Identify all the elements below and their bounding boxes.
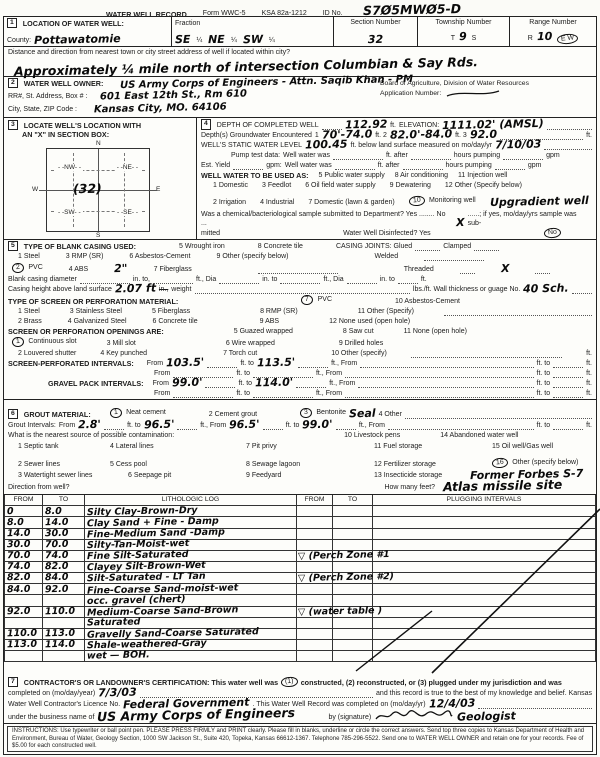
chem-sample-question-2: ......; if yes, mo/day/yrs sample was su… [468, 210, 592, 228]
section-3-title-1: LOCATE WELL'S LOCATION WITH [24, 121, 141, 130]
signature-scrawl [374, 710, 454, 722]
dots [345, 371, 534, 378]
groundwater-label: Depth(s) Groundwater Encountered [201, 131, 312, 140]
screen-interval-to: 113.5' [257, 357, 295, 369]
ft-to: ft. to [236, 389, 250, 398]
dots [263, 423, 283, 430]
use-other-value: Upgradient well [490, 195, 589, 208]
signature-label: by (signature) [328, 713, 371, 722]
lithologic-log-section: FROM TO LITHOLOGIC LOG FROM TO PLUGGING … [4, 495, 596, 675]
dots [553, 381, 583, 388]
contam-option-9: 9 Feedyard [246, 471, 374, 480]
dots [460, 267, 475, 274]
cell-log: Silty-Tan-Moist-wet [85, 539, 297, 550]
casing-height-value: 2.07 ft [115, 282, 156, 294]
dots [207, 361, 237, 368]
depth-completed-label: DEPTH OF COMPLETED WELL [217, 121, 319, 130]
ft-to: ft. to [127, 421, 141, 430]
groundwater-3: 92.0 [470, 129, 497, 141]
threaded-label: Threaded [404, 265, 434, 274]
section-mark: (32) [73, 183, 102, 196]
ft-from: ft., From [331, 359, 357, 368]
board-label: Board of Agriculture, Division of Water … [380, 79, 592, 88]
ft-from: ft., From [316, 369, 342, 378]
cell-to: 30.0 [43, 528, 85, 539]
contam-option-14: 14 Abandoned water well [440, 431, 518, 440]
application-number-label: Application Number: [380, 88, 592, 98]
from-label: From [59, 421, 75, 430]
contam-option-11: 11 Fuel storage [374, 442, 492, 451]
dots [296, 381, 326, 388]
ft-to: ft. to [537, 359, 551, 368]
ft-after: ft. after [378, 161, 400, 170]
ft-to: ft. to [537, 421, 551, 430]
ft-label: ft. [586, 131, 592, 140]
casing-option-2-pvc: 2 PVC [12, 256, 43, 274]
section-3-locate: 3 LOCATE WELL'S LOCATION WITH AN "X" IN … [4, 118, 197, 239]
dots [544, 143, 592, 150]
cell-from: 82.0 [5, 573, 43, 584]
screen-7-circled: 7 [301, 294, 314, 305]
section-6-grout: 6 GROUT MATERIAL: 1 Neat cement 2 Cement… [4, 400, 596, 494]
grout-intervals-label: Grout Intervals: [8, 421, 56, 430]
dots [233, 163, 263, 170]
ft-from: ft., From [316, 389, 342, 398]
cell-plug-from [297, 651, 333, 662]
cell-log: Fine-Coarse Sand-moist-wet [85, 584, 297, 595]
cell-plug-to [333, 651, 373, 662]
from-label: From [154, 389, 170, 398]
use-option-4: 4 Industrial [260, 198, 294, 207]
ft-to: ft. to [236, 369, 250, 378]
hours-pumping: hours pumping [446, 161, 492, 170]
static-level-value: 100.45 [305, 139, 348, 151]
chem-sample-x: X [456, 217, 465, 228]
casing-option-9: 9 Other (specify below) [217, 252, 289, 261]
use-option-5: 5 Public water supply [319, 171, 385, 180]
section-1-number: 1 [7, 18, 17, 28]
quadrant-ne: - -NE- - [115, 164, 140, 171]
cell-plug-from [297, 584, 333, 595]
section-number-label: Section Number [337, 18, 414, 27]
form-body: 1 LOCATION OF WATER WELL: County: Pottaw… [3, 16, 597, 755]
section-1-title: LOCATION OF WATER WELL: [23, 19, 124, 28]
screen-option-6: 6 Concrete tile [153, 317, 198, 326]
gw3-num: ft. 3 [455, 131, 467, 140]
township-value: 9 [459, 31, 467, 42]
table-row: 70.0 74.0 Fine Silt-Saturated ▽ (Perch Z… [5, 550, 596, 561]
cell-plug-from [297, 640, 333, 651]
use-option-2: 2 Irrigation [213, 198, 246, 207]
cell-plug-interval [373, 539, 596, 550]
fraction-cell: Fraction SE¼ NE¼ SW¼ [172, 17, 334, 46]
casing-height-label: Casing height above land surface [8, 285, 112, 294]
grout-1-circled: 1 [109, 408, 122, 419]
contam-option-6: 6 Seepage pit [128, 471, 246, 480]
pvc-label: PVC [28, 264, 42, 271]
wall-thickness-label: lbs./ft. Wall thickness or guage No. [413, 285, 521, 294]
dots [503, 153, 543, 160]
range-ew-circled: E W [557, 33, 579, 45]
cell-plug-from [297, 528, 333, 539]
dots [258, 267, 338, 274]
cell-plug-from [297, 539, 333, 550]
screen-option-7-pvc: 7 PVC [301, 288, 332, 306]
instructions-box: INSTRUCTIONS: Use typewriter or ball poi… [7, 726, 593, 752]
cell-to: 14.0 [43, 517, 85, 528]
cell-plug-from: ▽ (water table ) [297, 606, 333, 617]
section-box-diagram: - -NW- - - -NE- - - -SW- - - -SE- - (32) [46, 148, 150, 232]
dots [572, 287, 592, 294]
gpm-colon: gpm: [266, 161, 282, 170]
table-row: 74.0 82.0 Clayey Silt-Brown-Wet [5, 562, 596, 573]
ft-label: ft. [586, 421, 592, 430]
dots [424, 254, 484, 261]
col-plugging: PLUGGING INTERVALS [373, 495, 596, 506]
table-row: 110.0 113.0 Gravelly Sand-Coarse Saturat… [5, 628, 596, 639]
dots [478, 702, 592, 709]
gravel-pack-label: GRAVEL PACK INTERVALS: [48, 379, 144, 388]
cell-to: 84.0 [43, 573, 85, 584]
ft-dia: ft., Dia [196, 275, 216, 284]
dots [411, 153, 451, 160]
screen-option-11: 11 Other (Specify) [358, 307, 414, 316]
casing-option-7: 7 Fiberglass [154, 265, 192, 274]
casing-joints-label: CASING JOINTS: Glued [336, 242, 412, 251]
table-row: 82.0 84.0 Silt-Saturated - LT Tan ▽ (Per… [5, 573, 596, 584]
use-option-7: 7 Domestic (lawn & garden) [308, 198, 394, 207]
quarter-glyph: ¼ [196, 36, 202, 45]
table-row: 30.0 70.0 Silty-Tan-Moist-wet [5, 539, 596, 550]
dots [177, 423, 197, 430]
dots [205, 381, 235, 388]
section-3-number: 3 [8, 120, 18, 130]
dots [173, 391, 233, 398]
grout-seal-hw: Seal [349, 408, 376, 420]
cell-plug-from [297, 506, 333, 517]
opening-option-8: 8 Saw cut [343, 327, 374, 336]
range-value: 10 [537, 31, 553, 42]
business-name-label: under the business name of [8, 713, 94, 722]
section-5-casing: 5 TYPE OF BLANK CASING USED: 5 Wrought i… [4, 240, 596, 400]
dots [153, 277, 193, 284]
cell-plug-to [333, 506, 373, 517]
township-cell: Township Number T 9 S [418, 17, 510, 46]
township-s: S [472, 35, 477, 42]
table-row: wet — BOH. [5, 651, 596, 662]
opening-option-7: 7 Torch cut [223, 349, 257, 358]
disinfected-question: Water Well Disinfected? Yes [343, 229, 431, 238]
dots [360, 361, 533, 368]
cell-to: 113.0 [43, 628, 85, 639]
dots [553, 361, 583, 368]
cell-plug-interval [373, 550, 596, 561]
section-7-number: 7 [8, 677, 18, 687]
continuous-slot-label: Continuous slot [28, 338, 76, 345]
cert-completed-date: 7/3/03 [98, 687, 137, 699]
from-label: From [154, 369, 170, 378]
casing-2-circled: 2 [12, 262, 25, 273]
use-option-3: 3 Feedlot [262, 181, 291, 190]
fraction-2: NE [208, 34, 225, 45]
blank-diameter-label: Blank casing diameter [8, 275, 77, 284]
cell-from: 30.0 [5, 539, 43, 550]
ft-to: ft. to [537, 379, 551, 388]
county-cell: 1 LOCATION OF WATER WELL: County: Pottaw… [4, 17, 172, 46]
cert-completed-label: completed on (mo/day/year) [8, 689, 95, 698]
in-to: in. to [380, 275, 395, 284]
use-option-10-monitoring: 10 Monitoring well [409, 189, 476, 207]
range-r: R [528, 35, 533, 42]
cell-from: 0 [5, 506, 43, 517]
screen-option-1: 1 Steel [18, 307, 40, 316]
opening-option-5: 5 Guazed wrapped [234, 327, 293, 336]
cell-plug-interval [373, 506, 596, 517]
ft-from: ft., From [200, 421, 226, 430]
screen-option-3: 3 Stainless Steel [70, 307, 122, 316]
grout-option-3: 3 Bentonite [300, 401, 346, 419]
screen-intervals-label: SCREEN-PERFORATED INTERVALS: [8, 359, 134, 368]
compass-s: S [96, 232, 100, 239]
table-row: 8.0 14.0 Clay Sand + Fine - Damp [5, 517, 596, 528]
owner-city-label: City, State, ZIP Code : [8, 105, 77, 114]
casing-option-6: 6 Asbestos-Cement [129, 252, 190, 261]
business-name-value: US Army Corps of Engineers [97, 707, 295, 724]
section-1-location: 1 LOCATION OF WATER WELL: County: Pottaw… [4, 17, 596, 47]
cell-plug-interval [373, 628, 596, 639]
contam-option-8: 8 Sewage lagoon [246, 460, 374, 469]
bentonite-label: Bentonite [316, 409, 346, 416]
cell-from: 8.0 [5, 517, 43, 528]
cert-line-1a: CONTRACTOR'S OR LANDOWNER'S CERTIFICATIO… [24, 678, 278, 687]
opening-option-4: 4 Key punched [100, 349, 147, 358]
cell-plug-to [333, 628, 373, 639]
dots [444, 309, 592, 316]
from-label: From [147, 359, 163, 368]
dots [345, 391, 534, 398]
table-row: Saturated [5, 617, 596, 628]
ft-to: ft. to [238, 379, 252, 388]
instructions-text: INSTRUCTIONS: Use typewriter or ball poi… [12, 728, 584, 748]
ft-to: ft. to [537, 389, 551, 398]
grout-interval-2-from: 96.5' [229, 419, 260, 431]
township-value-row: T 9 S [421, 27, 506, 45]
screen-option-2: 2 Brass [18, 317, 42, 326]
dots [336, 423, 356, 430]
contam-option-1: 1 Septic tank [18, 442, 110, 451]
opening-option-1-continuous: 1 Continuous slot [12, 330, 77, 348]
table-row: occ. gravel (chert) [5, 595, 596, 606]
contam-option-4: 4 Lateral lines [110, 442, 246, 451]
section-2-owner: 2 WATER WELL OWNER: US Army Corps of Eng… [4, 77, 596, 118]
fraction-1: SE [175, 34, 191, 45]
section-number-cell: Section Number 32 [334, 17, 418, 46]
section-5-title: TYPE OF BLANK CASING USED: [24, 242, 136, 251]
signature-title: Geologist [457, 710, 516, 722]
opening-option-9: 9 Drilled holes [339, 339, 383, 348]
threaded-x: X [501, 263, 510, 274]
grout-option-4: 4 Other [379, 410, 402, 419]
cell-to [43, 617, 85, 628]
contam-option-7: 7 Pit privy [246, 442, 374, 451]
dots [553, 371, 583, 378]
contam-option-12: 12 Fertilizer storage [374, 460, 492, 469]
col-from-1: FROM [5, 495, 43, 506]
owner-city-value: Kansas City, MO. 64106 [94, 103, 227, 116]
use-option-6: 6 Oil field water supply [305, 181, 375, 190]
screen-pvc-label: PVC [318, 296, 332, 303]
cell-plug-interval [373, 617, 596, 628]
cell-from: 113.0 [5, 640, 43, 651]
cell-plug-interval [373, 595, 596, 606]
table-header-row: FROM TO LITHOLOGIC LOG FROM TO PLUGGING … [5, 495, 596, 506]
ft-to: ft. to [537, 369, 551, 378]
dots [358, 381, 533, 388]
dots [547, 123, 592, 130]
section-5-number: 5 [8, 241, 18, 251]
cell-plug-interval [373, 640, 596, 651]
quadrant-nw: - -NW- - [56, 164, 83, 171]
record-completed-date: 12/4/03 [428, 698, 475, 710]
casing-option-8: 8 Concrete tile [258, 242, 303, 251]
owner-address-label: RR#, St. Address, Box # : [8, 92, 87, 101]
cell-plug-interval [373, 584, 596, 595]
contam-16-circled: 16 [492, 457, 509, 469]
static-level-mid: ft. below land surface measured on mo/da… [351, 141, 493, 150]
board-of-agriculture-block: Board of Agriculture, Division of Water … [380, 79, 592, 98]
neat-cement-label: Neat cement [126, 409, 166, 416]
ft-to: ft. to [286, 421, 300, 430]
static-level-label: WELL'S STATIC WATER LEVEL [201, 141, 302, 150]
in-to: in. to [262, 275, 277, 284]
in-strikethrough: in., [159, 285, 168, 294]
dots [333, 153, 383, 160]
cell-plug-from [297, 562, 333, 573]
ft-label: ft. [586, 369, 592, 378]
section-4-number: 4 [201, 119, 211, 129]
section-6-number: 6 [8, 409, 18, 419]
gravel-pack-to: 114.0' [255, 377, 293, 389]
section-7-certification: 7 CONTRACTOR'S OR LANDOWNER'S CERTIFICAT… [4, 674, 596, 724]
opening-option-10: 10 Other (specify) [331, 349, 387, 358]
casing-option-4: 4 ABS [69, 265, 88, 274]
section-4-depth: 4 DEPTH OF COMPLETED WELL 112.92 ft. ELE… [197, 118, 596, 239]
dots [415, 244, 440, 251]
cert-line-1b: constructed, (2) reconstructed, or (3) p… [301, 678, 562, 687]
opening-option-6: 6 Wire wrapped [226, 339, 275, 348]
ft-label: ft. [586, 359, 592, 368]
contamination-question: What is the nearest source of possible c… [8, 431, 174, 440]
cell-to: 92.0 [43, 584, 85, 595]
cell-plug-from: ▽ (Perch Zone #2) [297, 573, 333, 584]
cell-plug-from [297, 517, 333, 528]
ft-dia: ft., Dia [323, 275, 343, 284]
cell-plug-interval [373, 573, 596, 584]
col-to-1: TO [43, 495, 85, 506]
disinfected-no-circled: No [543, 227, 561, 239]
opening-option-2: 2 Louvered shutter [18, 349, 76, 358]
cell-from: 14.0 [5, 528, 43, 539]
section-2-number: 2 [8, 78, 18, 88]
casing-option-5: 5 Wrought iron [179, 242, 225, 251]
cell-to [43, 595, 85, 606]
cell-plug-to [333, 528, 373, 539]
table-row: 92.0 110.0 Medium-Coarse Sand-Brown ▽ (w… [5, 606, 596, 617]
welded-label: Welded [374, 252, 398, 261]
casing-option-3: 3 RMP (SR) [66, 252, 104, 261]
owner-value: US Army Corps of Engineers - Attn. Saqib… [120, 75, 413, 91]
fraction-3: SW [243, 34, 263, 45]
dots [474, 244, 499, 251]
section-number-value: 32 [337, 33, 414, 46]
grout-interval-1-to: 96.5' [144, 419, 175, 431]
water-well-record-form: WATER WELL RECORD Form WWC-5 KSA 82a-121… [0, 0, 600, 757]
screen-material-title: TYPE OF SCREEN OR PERFORATION MATERIAL: [8, 297, 178, 306]
table-row: 14.0 30.0 Fine-Medium Sand -Damp [5, 528, 596, 539]
dots [403, 163, 443, 170]
opening-option-11: 11 None (open hole) [404, 327, 467, 336]
dots [553, 391, 583, 398]
section-2-title: WATER WELL OWNER: [24, 79, 104, 88]
county-label: County: [7, 36, 31, 45]
section-3-title-2: AN "X" IN SECTION BOX: [22, 130, 192, 139]
dots [347, 277, 377, 284]
dots [219, 277, 259, 284]
township-label: Township Number [421, 18, 506, 27]
chem-sample-question: Was a chemical/bacteriological sample su… [201, 210, 453, 228]
contam-other-hw-2: Atlas missile site [443, 479, 562, 494]
contam-option-3: 3 Watertight sewer lines [18, 471, 128, 480]
gw2-num: ft. 2 [375, 131, 387, 140]
cell-log: wet — BOH. [85, 651, 297, 662]
ft-from: ft., From [359, 421, 385, 430]
dots [280, 277, 320, 284]
application-number-scrawl [443, 88, 503, 98]
est-yield-label: Est. Yield [201, 161, 230, 170]
use-label: WELL WATER TO BE USED AS: [201, 171, 309, 180]
dots [553, 423, 583, 430]
ft-label: ft. [421, 275, 427, 284]
cell-plug-to [333, 584, 373, 595]
col-from-2: FROM [297, 495, 333, 506]
ft-label: ft. [586, 389, 592, 398]
groundwater-2: 82.0'-84.0 [390, 128, 452, 140]
cell-plug-interval [373, 528, 596, 539]
cert-line-2b: and this record is true to the best of m… [376, 689, 592, 698]
quarter-glyph: ¼ [269, 36, 275, 45]
contam-option-15: 15 Oil well/Gas well [492, 442, 553, 451]
range-value-row: R 10 E W [513, 27, 593, 45]
township-t: T [451, 35, 455, 42]
cell-from: 92.0 [5, 606, 43, 617]
cell-log: Fine-Medium Sand -Damp [85, 528, 297, 539]
range-label: Range Number [513, 18, 593, 27]
table-row: 0 8.0 Silty Clay-Brown-Dry [5, 506, 596, 517]
cell-log: Medium-Coarse Sand-Brown [85, 606, 297, 617]
compass-n: N [96, 140, 101, 147]
weight-label: weight [171, 285, 191, 294]
cell-plug-to [333, 617, 373, 628]
chem-mitted: mitted [201, 229, 220, 238]
distance-direction: Distance and direction from nearest town… [4, 47, 596, 77]
screen-option-9: 9 ABS [260, 317, 279, 326]
cell-to: 70.0 [43, 539, 85, 550]
table-row: 84.0 92.0 Fine-Coarse Sand-moist-wet [5, 584, 596, 595]
quadrant-se: - -SE- - [115, 209, 140, 216]
pump-test-label: Pump test data: [231, 151, 280, 160]
opening-option-3: 3 Mill slot [107, 339, 136, 348]
contam-option-5: 5 Cess pool [110, 460, 246, 469]
